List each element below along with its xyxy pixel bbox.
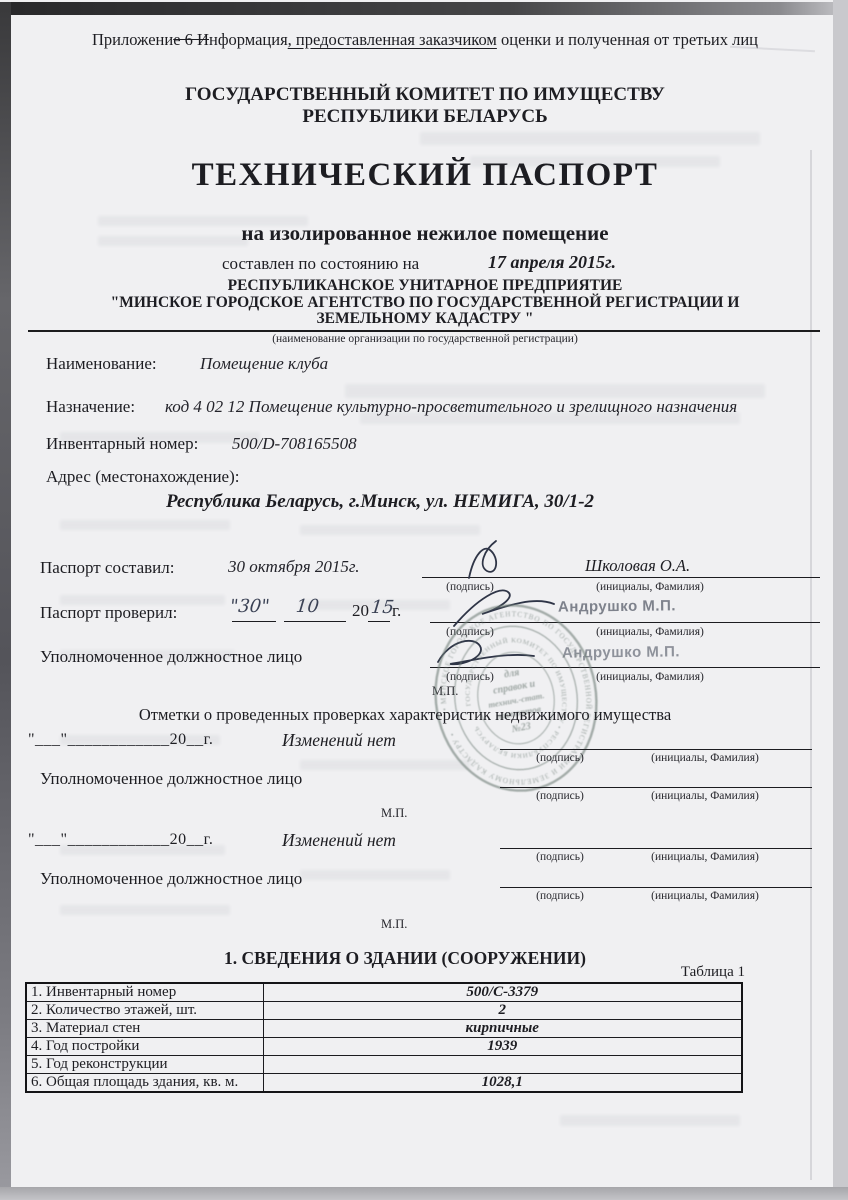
checked-year-suffix: г. — [392, 601, 401, 621]
check-date-blank: "___"____________20__г. — [28, 831, 213, 849]
bleed-through-artifact — [60, 520, 230, 530]
seal-abbrev: М.П. — [381, 917, 407, 932]
table-row: 6. Общая площадь здания, кв. м. 1028,1 — [26, 1074, 742, 1093]
scan-edge-top — [0, 2, 848, 15]
compiled-by-name: Школовая О.А. — [585, 556, 690, 576]
bleed-through-artifact — [60, 905, 230, 915]
name-value: Помещение клуба — [200, 354, 328, 374]
org-header-line1: ГОСУДАРСТВЕННЫЙ КОМИТЕТ ПО ИМУЩЕСТВУ — [20, 84, 830, 106]
name-caption: (инициалы, Фамилия) — [620, 752, 790, 764]
table-label: Таблица 1 — [25, 964, 745, 981]
row-value: 1028,1 — [263, 1074, 742, 1093]
check-date-blank: "___"____________20__г. — [28, 731, 213, 749]
as-of-date: 17 апреля 2015г. — [488, 252, 616, 273]
purpose-label: Назначение: — [46, 397, 135, 417]
compiled-by-label: Паспорт составил: — [40, 558, 174, 578]
table-row: 3. Материал стен кирпичные — [26, 1020, 742, 1038]
row-value: 1939 — [263, 1038, 742, 1056]
signature-caption: (подпись) — [505, 851, 615, 863]
registrar-line1: РЕСПУБЛИКАНСКОЕ УНИТАРНОЕ ПРЕДПРИЯТИЕ — [20, 278, 830, 295]
name-caption: (инициалы, Фамилия) — [620, 790, 790, 802]
row-label: 4. Год постройки — [26, 1038, 263, 1056]
name-caption: (инициалы, Фамилия) — [620, 851, 790, 863]
check-signature-line — [500, 847, 812, 849]
official-label: Уполномоченное должностное лицо — [40, 869, 302, 889]
registrar-caption: (наименование организации по государстве… — [20, 333, 830, 345]
registrar-rule — [28, 330, 820, 332]
stamp-center-line1: для — [503, 667, 520, 680]
scan-edge-bottom — [0, 1187, 848, 1200]
bleed-through-artifact — [560, 1115, 740, 1126]
no-changes-note: Изменений нет — [282, 730, 396, 751]
name-caption: (инициалы, Фамилия) — [565, 581, 735, 593]
as-of-label: составлен по состоянию на — [222, 254, 419, 274]
check-signature-line — [500, 748, 812, 750]
row-value — [263, 1056, 742, 1074]
checked-year-blank — [368, 620, 390, 622]
seal-abbrev: М.П. — [381, 806, 407, 821]
checked-year-printed: 20 — [352, 601, 369, 621]
round-stamp: • МИНСКОЕ ГОРОДСКОЕ АГЕНТСТВО ПО ГОСУДАР… — [414, 585, 618, 812]
address-label: Адрес (местонахождение): — [46, 467, 239, 487]
registrar-line2: "МИНСКОЕ ГОРОДСКОЕ АГЕНТСТВО ПО ГОСУДАРС… — [20, 295, 830, 312]
inventory-value: 500/D-708165508 — [232, 434, 357, 454]
checked-day-blank — [232, 620, 276, 622]
bleed-through-artifact — [345, 384, 765, 398]
org-header: ГОСУДАРСТВЕННЫЙ КОМИТЕТ ПО ИМУЩЕСТВУ РЕС… — [20, 84, 830, 128]
name-label: Наименование: — [46, 354, 157, 374]
signature-caption: (подпись) — [505, 752, 615, 764]
scan-edge-right — [833, 0, 848, 1200]
bleed-through-artifact — [420, 132, 760, 145]
bleed-through-artifact — [300, 870, 450, 880]
row-label: 2. Количество этажей, шт. — [26, 1002, 263, 1020]
building-info-table: 1. Инвентарный номер 500/С-3379 2. Колич… — [25, 982, 743, 1093]
table-row: 5. Год реконструкции — [26, 1056, 742, 1074]
bleed-through-artifact — [300, 525, 480, 535]
checks-heading: Отметки о проведенных проверках характер… — [40, 705, 770, 725]
signature-squiggle — [462, 538, 526, 580]
compiled-date: 30 октября 2015г. — [228, 557, 360, 577]
row-value: 2 — [263, 1002, 742, 1020]
scanned-technical-passport-page: Приложение 6 Информация, предоставленная… — [0, 0, 848, 1200]
name-caption: (инициалы, Фамилия) — [620, 890, 790, 902]
subtitle: на изолированное нежилое помещение — [20, 221, 830, 246]
table-row: 4. Год постройки 1939 — [26, 1038, 742, 1056]
checked-month-handwritten: 10 — [295, 596, 320, 617]
row-label: 5. Год реконструкции — [26, 1056, 263, 1074]
registrar-name: РЕСПУБЛИКАНСКОЕ УНИТАРНОЕ ПРЕДПРИЯТИЕ "М… — [20, 278, 830, 328]
address-value: Республика Беларусь, г.Минск, ул. НЕМИГА… — [90, 491, 670, 513]
signature-caption: (подпись) — [505, 890, 615, 902]
org-header-line2: РЕСПУБЛИКИ БЕЛАРУСЬ — [20, 106, 830, 128]
appendix-note: Приложение 6 Информация, предоставленная… — [40, 30, 810, 50]
checked-month-blank — [284, 620, 346, 622]
row-label: 6. Общая площадь здания, кв. м. — [26, 1074, 263, 1093]
row-label: 1. Инвентарный номер — [26, 983, 263, 1002]
signature-caption: (подпись) — [505, 790, 615, 802]
appendix-note-text: Приложени — [92, 30, 173, 49]
scan-edge-left — [0, 2, 11, 1200]
official-signature-line — [500, 786, 812, 788]
purpose-value: код 4 02 12 Помещение культурно-просвети… — [165, 397, 805, 417]
row-label: 3. Материал стен — [26, 1020, 263, 1038]
table-row: 1. Инвентарный номер 500/С-3379 — [26, 983, 742, 1002]
row-value: кирпичные — [263, 1020, 742, 1038]
appendix-note-struck: е 6 И — [173, 30, 209, 49]
page-title: ТЕХНИЧЕСКИЙ ПАСПОРТ — [20, 157, 830, 194]
table-row: 2. Количество этажей, шт. 2 — [26, 1002, 742, 1020]
no-changes-note: Изменений нет — [282, 830, 396, 851]
inventory-label: Инвентарный номер: — [46, 434, 198, 454]
row-value: 500/С-3379 — [263, 983, 742, 1002]
appendix-note-underlined: , предоставленная заказчиком — [288, 30, 497, 49]
checked-day-handwritten: "30" — [229, 596, 271, 617]
official-label: Уполномоченное должностное лицо — [40, 769, 302, 789]
checked-by-label: Паспорт проверил: — [40, 603, 177, 623]
official-signature-line — [500, 886, 812, 888]
registrar-line3: ЗЕМЕЛЬНОМУ КАДАСТРУ " — [20, 311, 830, 328]
official-label: Уполномоченное должностное лицо — [40, 647, 302, 667]
